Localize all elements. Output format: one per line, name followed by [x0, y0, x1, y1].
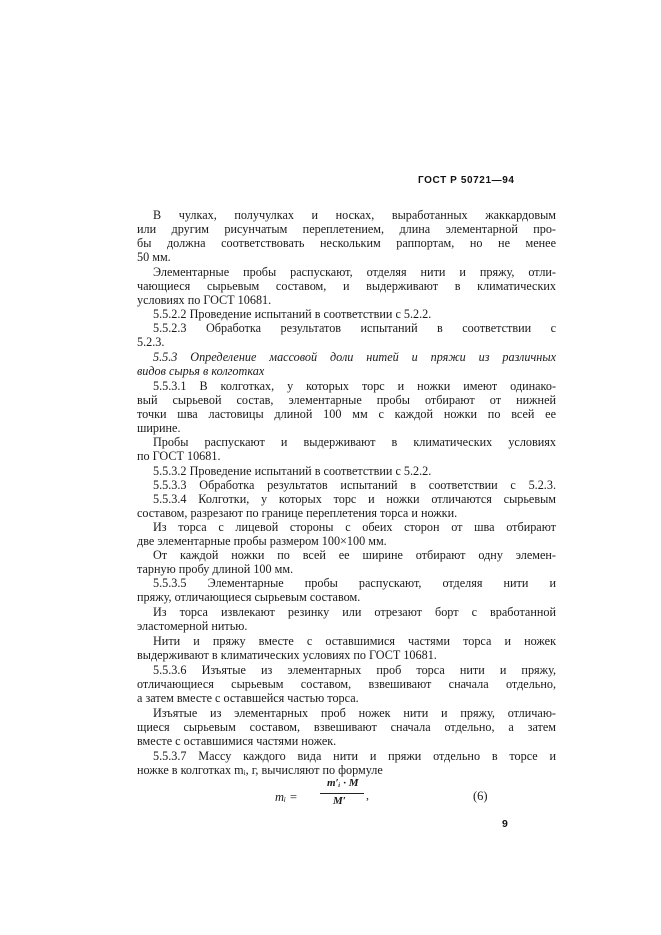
text-line: по ГОСТ 10681. [137, 449, 556, 463]
text-line: пряжу, отличающиеся сырьевым составом. [137, 590, 556, 604]
section-heading: 5.5.3 Определение массовой доли нитей и … [153, 350, 556, 364]
formula-numerator: m′ᵢ · M [327, 777, 359, 789]
text-line: вый сырьевой состав, элементарные пробы … [137, 393, 556, 407]
text-line: 5.5.3.2 Проведение испытаний в соответст… [153, 464, 556, 478]
text-line: щиеся сырьевым составом, взвешивают снач… [137, 720, 556, 734]
text-line: условиях по ГОСТ 10681. [137, 293, 556, 307]
text-line: составом, разрезают по границе переплете… [137, 506, 556, 520]
text-line: В чулках, получулках и носках, выработан… [153, 208, 556, 222]
text-line: 5.5.3.5 Элементарные пробы распускают, о… [153, 576, 556, 590]
text-line: бы должна соответствовать нескольким рап… [137, 236, 556, 250]
text-line: Изъятые из элементарных проб ножек нити … [153, 706, 556, 720]
formula-denominator: M′ [333, 795, 346, 807]
text-line: 5.5.2.3 Обработка результатов испытаний … [153, 321, 556, 335]
document-page: ГОСТ Р 50721—94 В чулках, получулках и н… [0, 0, 661, 935]
text-line: тарную пробу длиной 100 мм. [137, 562, 556, 576]
text-line: 5.5.2.2 Проведение испытаний в соответст… [153, 307, 556, 321]
text-line: точки шва ластовицы длиной 100 мм с кажд… [137, 407, 556, 421]
text-line: ширине. [137, 421, 556, 435]
text-line: выдерживают в климатических условиях по … [137, 648, 556, 662]
text-line: 5.5.3.7 Массу каждого вида нити и пряжи … [153, 749, 556, 763]
standard-header: ГОСТ Р 50721—94 [418, 175, 515, 186]
text-line: Из торса с лицевой стороны с обеих сторо… [153, 520, 556, 534]
text-line: Нити и пряжу вместе с оставшимися частям… [153, 634, 556, 648]
text-line: 5.2.3. [137, 335, 556, 349]
text-line: вместе с оставшимися частями ножек. [137, 734, 556, 748]
text-line: 5.5.3.4 Колготки, у которых торс и ножки… [153, 492, 556, 506]
text-line: 5.5.3.3 Обработка результатов испытаний … [153, 478, 556, 492]
text-line: две элементарные пробы размером 100×100 … [137, 534, 556, 548]
text-line: Из торса извлекают резинку или отрезают … [153, 605, 556, 619]
text-line: эластомерной нитью. [137, 619, 556, 633]
text-line: Элементарные пробы распускают, отделяя н… [153, 265, 556, 279]
text-line: Пробы распускают и выдерживают в климати… [153, 435, 556, 449]
equation-number: (6) [473, 789, 488, 804]
text-line: 5.5.3.6 Изъятые из элементарных проб тор… [153, 663, 556, 677]
text-line: а затем вместе с оставшейся частью торса… [137, 691, 556, 705]
formula-6: mᵢ = m′ᵢ · M M′ , (6) [275, 777, 575, 817]
text-line: От каждой ножки по всей ее ширине отбира… [153, 548, 556, 562]
text-line: отличающиеся сырьевым составом, взвешива… [137, 677, 556, 691]
page-number: 9 [502, 818, 508, 830]
text-line: 5.5.3.1 В колготках, у которых торс и но… [153, 379, 556, 393]
text-line: 50 мм. [137, 250, 556, 264]
text-line: ножке в колготках mᵢ, г, вычисляют по фо… [137, 763, 556, 777]
text-line: чающиеся сырьевым составом, и выдерживаю… [137, 279, 556, 293]
text-line: или другим рисунчатым переплетением, дли… [137, 222, 556, 236]
section-heading: видов сырья в колготках [137, 364, 556, 378]
formula-lhs: mᵢ = [275, 790, 298, 805]
formula-comma: , [366, 788, 369, 803]
fraction-bar [320, 793, 364, 794]
